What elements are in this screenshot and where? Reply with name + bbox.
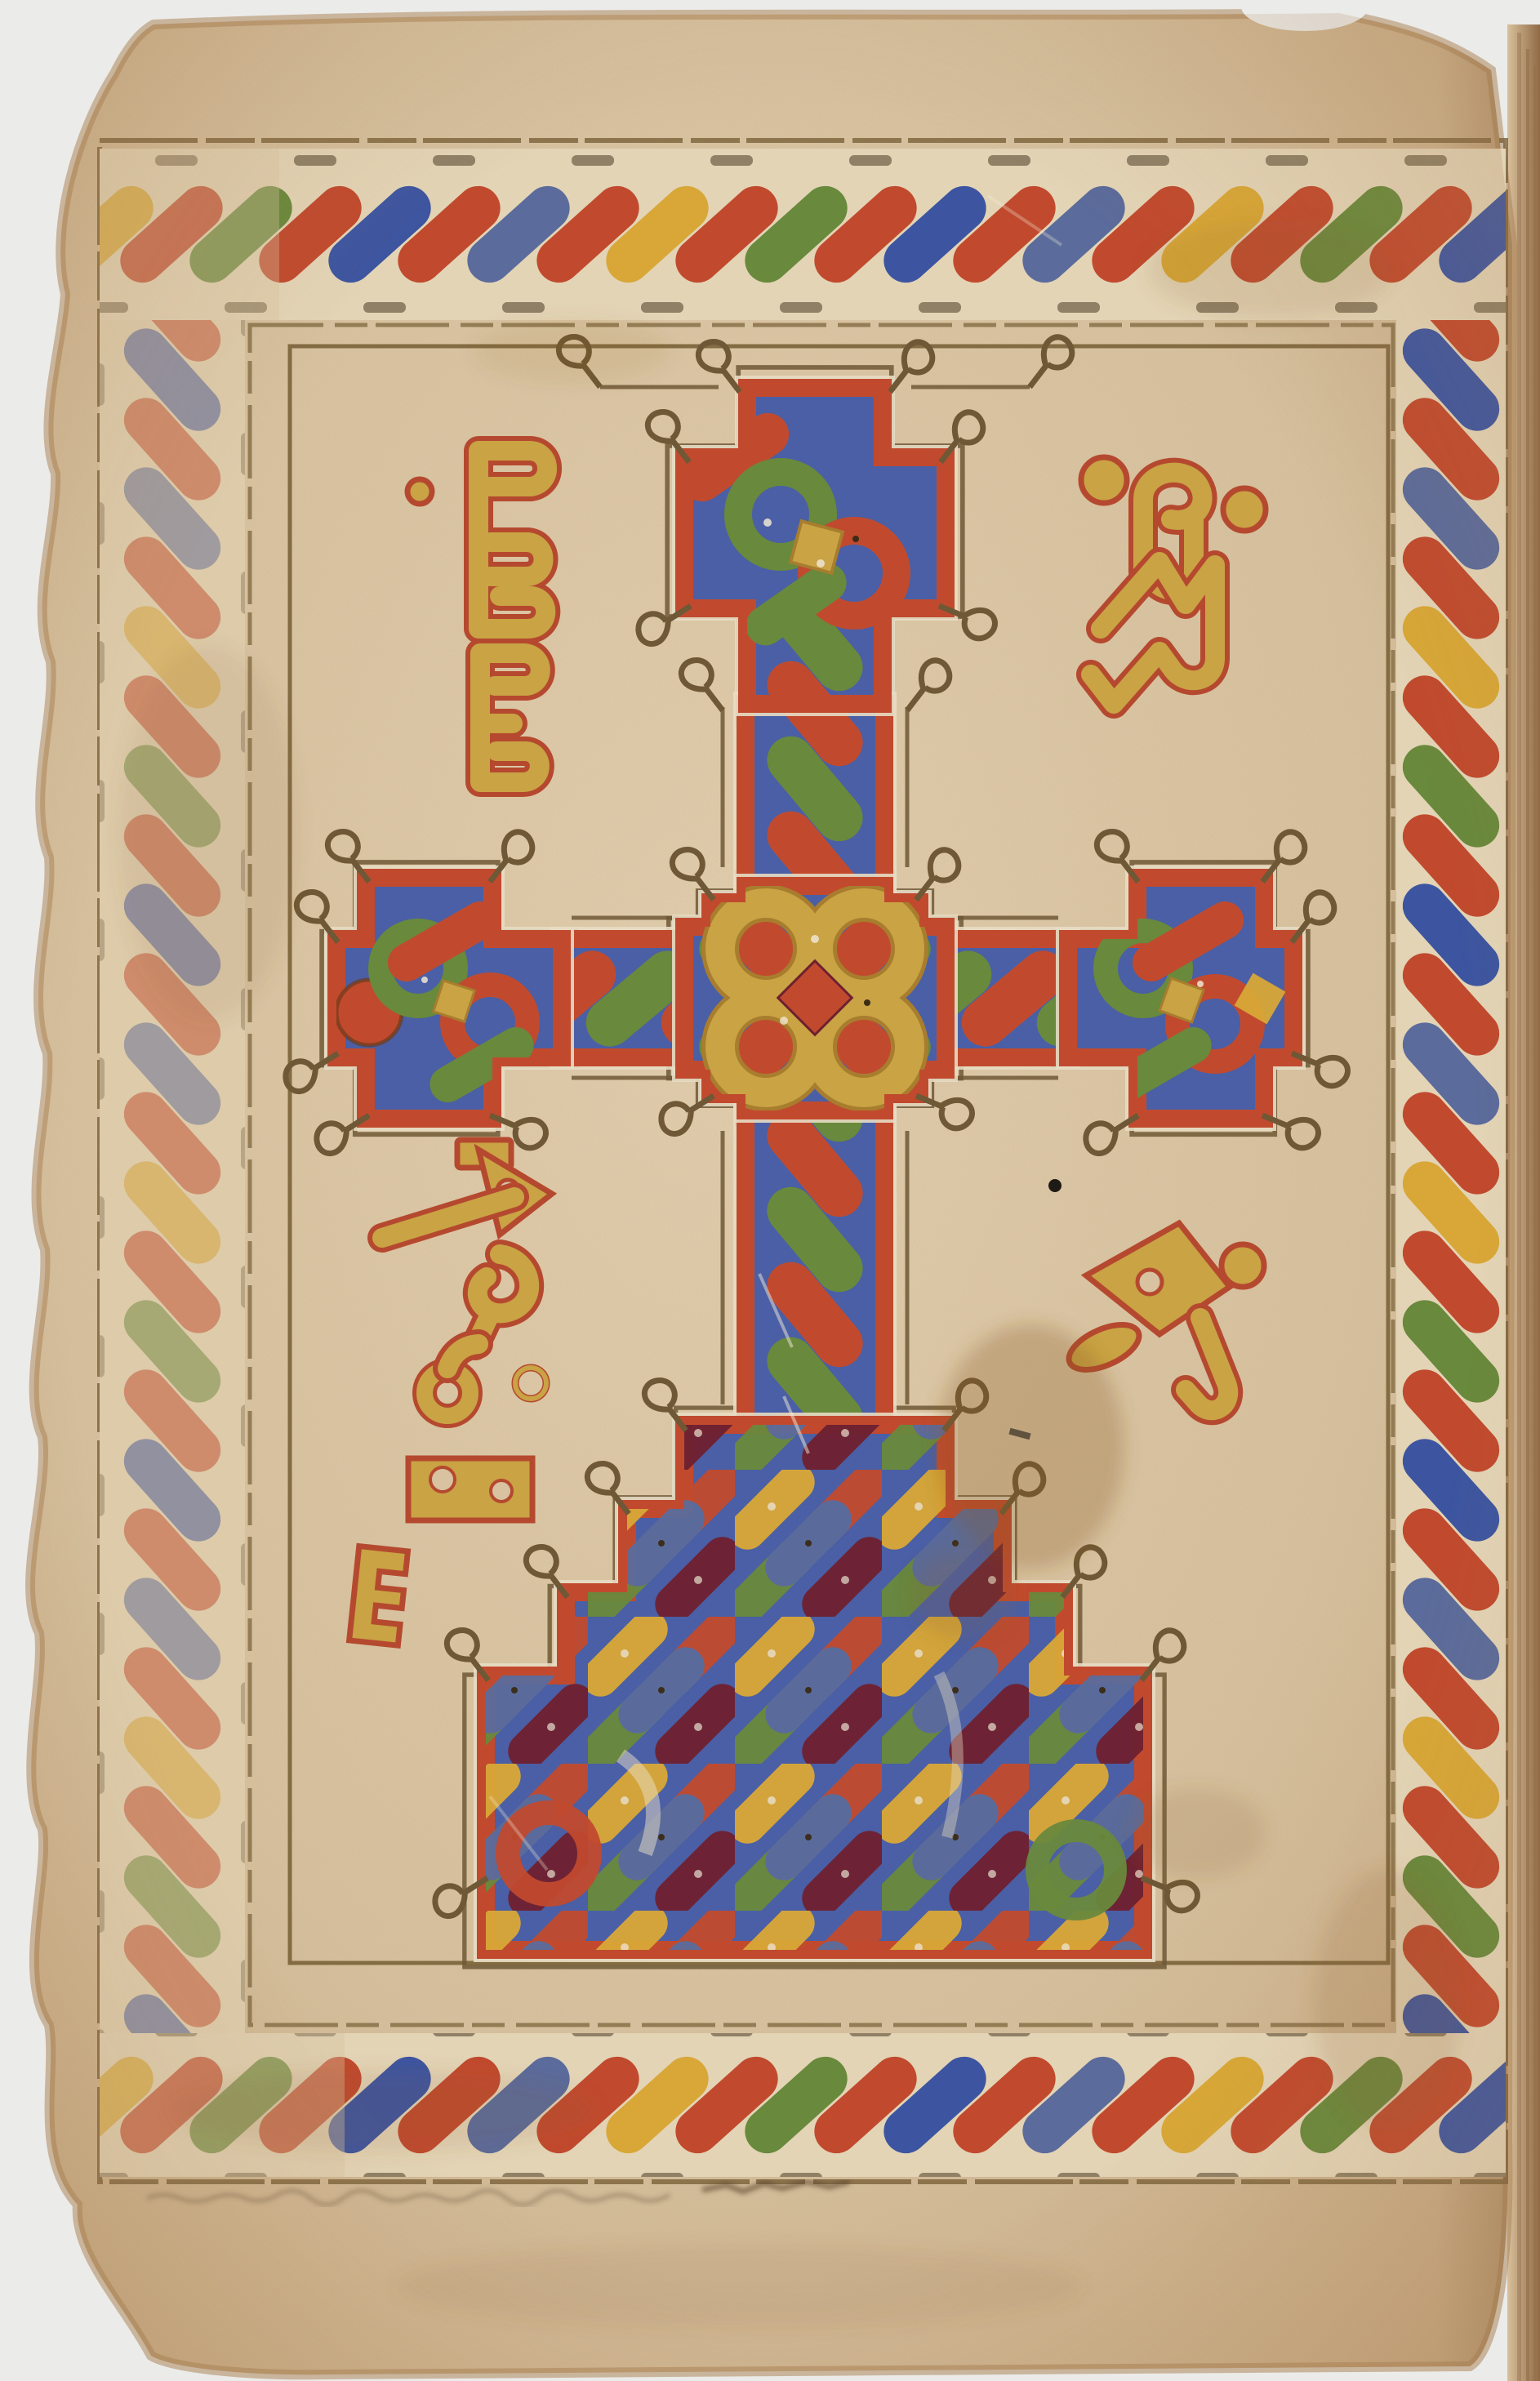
manuscript-photo: [0, 0, 1540, 2381]
vignette: [0, 0, 1540, 2381]
